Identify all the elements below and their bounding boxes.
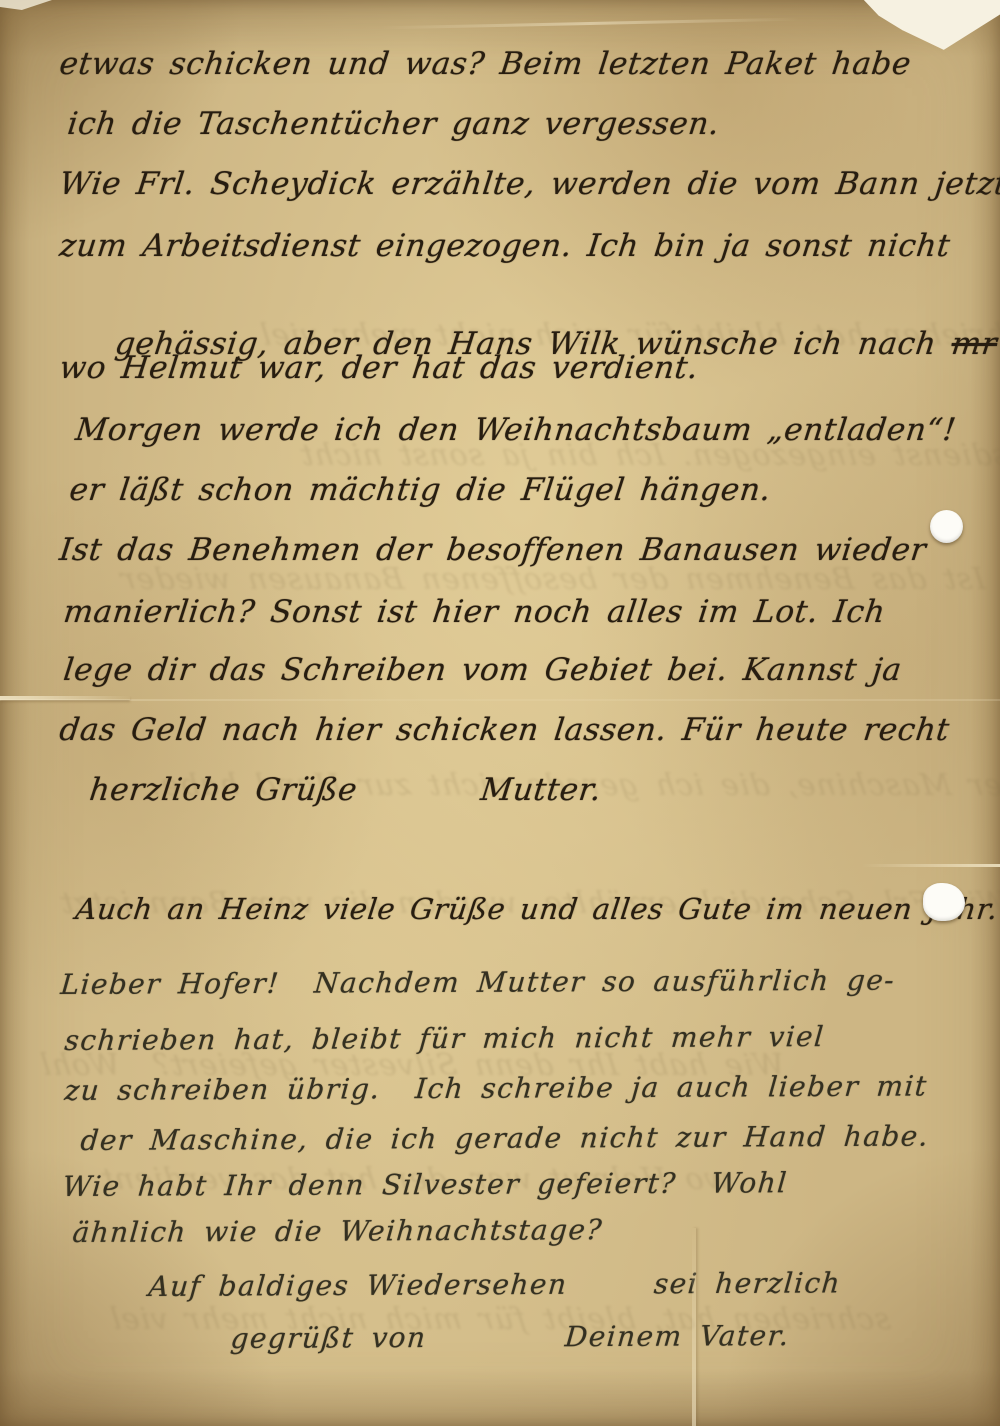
- letter-line: ich die Taschentücher ganz vergessen.: [66, 106, 722, 142]
- letter-line: zu schreiben übrig. Ich schreibe ja auch…: [63, 1069, 929, 1107]
- fold-crease: [862, 864, 1000, 867]
- fold-crease: [380, 18, 800, 30]
- punch-hole: [930, 510, 963, 543]
- letter-line: manierlich? Sonst ist hier noch alles im…: [62, 594, 888, 630]
- letter-line: Lieber Hofer! Nachdem Mutter so ausführl…: [59, 964, 896, 1001]
- letter-line: ähnlich wie die Weihnachtstage?: [71, 1213, 604, 1249]
- fold-crease: [0, 699, 1000, 701]
- letter-line: Wie habt Ihr denn Silvester gefeiert? Wo…: [61, 1166, 789, 1203]
- letter-line: zum Arbeitsdienst eingezogen. Ich bin ja…: [58, 228, 953, 264]
- letter-line: Auf baldiges Wiedersehen sei herzlich: [147, 1266, 842, 1303]
- letter-signature-line: gegrüßt von Deinem Vater.: [229, 1319, 791, 1355]
- fold-crease: [0, 696, 130, 700]
- letter-line: der Maschine, die ich gerade nicht zur H…: [79, 1120, 930, 1157]
- letter-line: wo Helmut war, der hat das verdient.: [58, 350, 701, 386]
- letter-line: Ist das Benehmen der besoffenen Banausen…: [58, 532, 929, 568]
- letter-signature-line: herzliche Grüße Mutter.: [88, 772, 604, 808]
- torn-corner: [0, 0, 52, 10]
- letter-line: das Geld nach hier schicken lassen. Für …: [58, 712, 952, 748]
- letter-line: Wie Frl. Scheydick erzählte, werden die …: [58, 166, 1000, 202]
- letter-line: lege dir das Schreiben vom Gebiet bei. K…: [62, 652, 904, 688]
- letter-line: Morgen werde ich den Weihnachtsbaum „ent…: [74, 412, 959, 448]
- letter-postscript: Auch an Heinz viele Grüße und alles Gute…: [74, 892, 1000, 926]
- torn-corner: [852, 0, 1000, 52]
- letter-line: schrieben hat, bleibt für mich nicht meh…: [63, 1020, 826, 1057]
- letter-line: etwas schicken und was? Beim letzten Pak…: [58, 46, 914, 82]
- struck-out-word: mr: [950, 326, 1000, 362]
- letter-line: er läßt schon mächtig die Flügel hängen.: [68, 472, 774, 508]
- punch-hole: [923, 883, 965, 921]
- letter-page: schrieben hat, bleibt für mich nicht meh…: [0, 0, 1000, 1426]
